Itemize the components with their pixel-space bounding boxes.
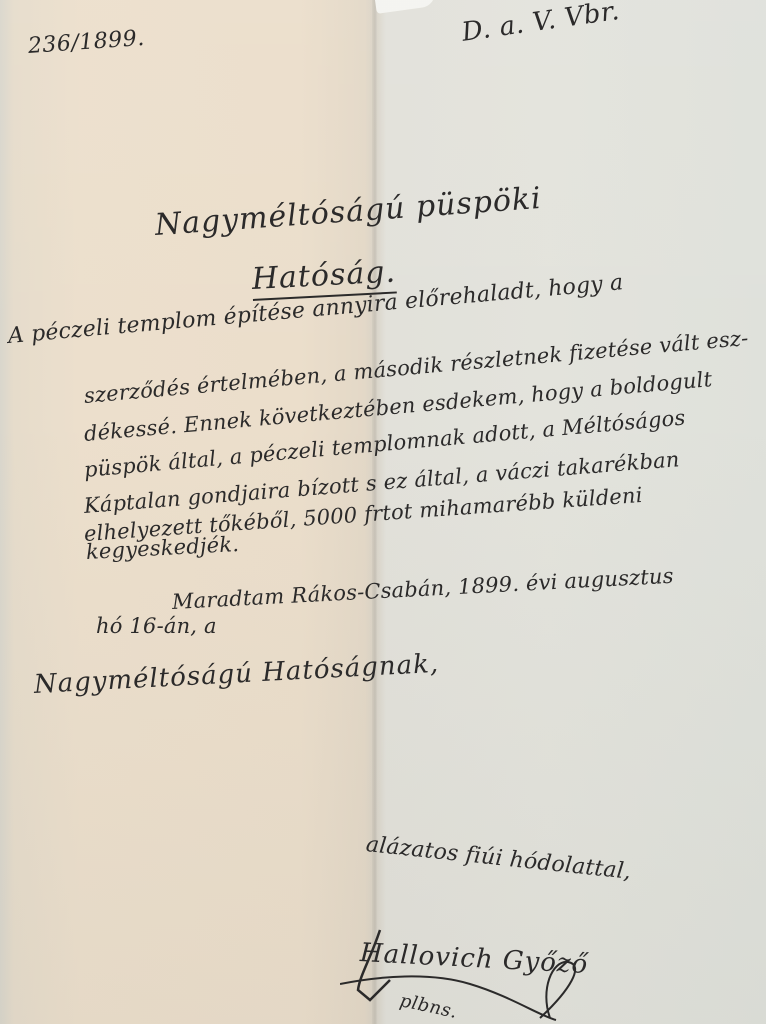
signature-flourish-icon: [340, 920, 600, 1024]
closing-line-2: hó 16-án, a: [96, 614, 217, 638]
